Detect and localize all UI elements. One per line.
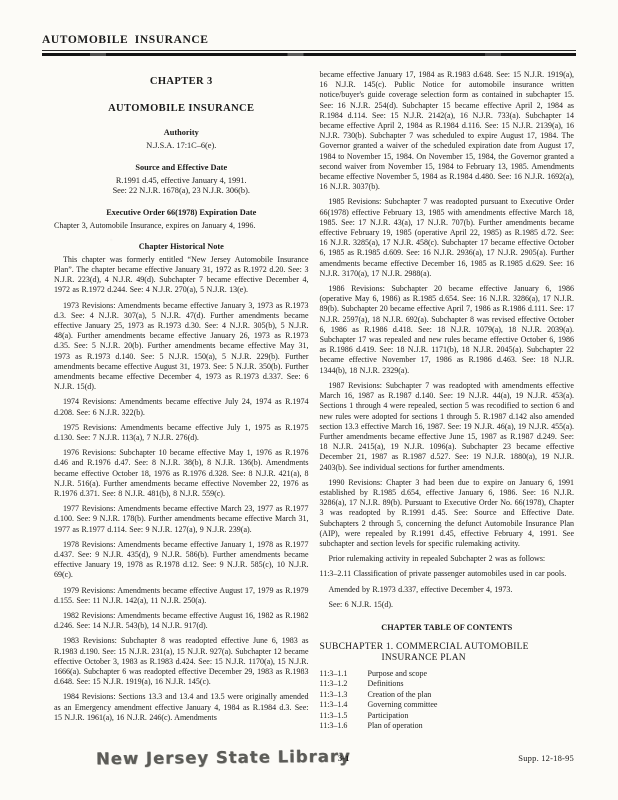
revisions-1984-continued-paragraph: became effective January 17, 1984 as R.1… [320,70,575,192]
source-heading: Source and Effective Date [54,163,309,172]
chapter-title: AUTOMOBILE INSURANCE [54,103,309,114]
toc-list: 11:3–1.1 Purpose and scope 11:3–1.2 Defi… [320,669,575,731]
page-number: 3-1 [338,753,349,763]
toc-entry-code: 11:3–1.2 [320,679,368,689]
toc-entry-code: 11:3–1.3 [320,690,368,700]
toc-entry-label: Definitions [368,679,575,689]
expiration-heading: Executive Order 66(1978) Expiration Date [54,208,309,217]
toc-entry-code: 11:3–1.4 [320,700,368,710]
revisions-1973-paragraph: 1973 Revisions: Amendments became effect… [54,301,309,393]
toc-entry: 11:3–1.1 Purpose and scope [320,669,575,679]
toc-entry: 11:3–1.6 Plan of operation [320,721,575,731]
subchapter-heading-line-1: SUBCHAPTER 1. COMMERCIAL AUTOMOBILE [320,642,575,654]
chapter-number: CHAPTER 3 [54,76,309,87]
see-citation-line: See: 6 N.J.R. 15(d). [320,600,575,610]
revisions-1990-paragraph: 1990 Revisions: Chapter 3 had been due t… [320,478,575,549]
historical-note-heading: Chapter Historical Note [54,242,309,251]
toc-entry-label: Governing committee [368,700,575,710]
revisions-1985-paragraph: 1985 Revisions: Subchapter 7 was readopt… [320,197,575,279]
supplement-date: Supp. 12-18-95 [518,753,574,763]
repealed-section-entry: 11:3–2.11 Classification of private pass… [320,569,575,579]
toc-entry: 11:3–1.4 Governing committee [320,700,575,710]
toc-entry-code: 11:3–1.1 [320,669,368,679]
chapter-toc-heading: CHAPTER TABLE OF CONTENTS [320,623,575,632]
revisions-1977-paragraph: 1977 Revisions: Amendments became effect… [54,504,309,535]
toc-entry-code: 11:3–1.5 [320,711,368,721]
revisions-1976-paragraph: 1976 Revisions: Subchapter 10 became eff… [54,448,309,499]
expiration-body: Chapter 3, Automobile Insurance, expires… [54,221,309,231]
toc-entry-label: Participation [368,711,575,721]
running-header-title: AUTOMOBILE INSURANCE [42,34,209,46]
two-column-body: CHAPTER 3 AUTOMOBILE INSURANCE Authority… [0,56,618,731]
toc-entry: 11:3–1.2 Definitions [320,679,575,689]
revisions-1978-paragraph: 1978 Revisions: Amendments became effect… [54,540,309,581]
subchapter-heading-line-2: INSURANCE PLAN [382,653,575,665]
toc-entry-label: Purpose and scope [368,669,575,679]
subchapter-heading: SUBCHAPTER 1. COMMERCIAL AUTOMOBILE INSU… [320,642,575,665]
toc-entry: 11:3–1.3 Creation of the plan [320,690,575,700]
header-rule-thin [42,50,576,51]
revisions-1983-paragraph: 1983 Revisions: Subchapter 8 was readopt… [54,636,309,687]
toc-entry-code: 11:3–1.6 [320,721,368,731]
historical-paragraph: This chapter was formerly entitled “New … [54,255,309,296]
source-line-2: See: 22 N.J.R. 1678(a), 23 N.J.R. 306(b)… [54,186,309,197]
prior-rulemaking-note: Prior rulemaking activity in repealed Su… [320,554,575,564]
revisions-1987-paragraph: 1987 Revisions: Subchapter 7 was readopt… [320,381,575,473]
revisions-1979-paragraph: 1979 Revisions: Amendments became effect… [54,586,309,606]
source-line-1: R.1991 d.45, effective January 4, 1991. [54,176,309,187]
revisions-1984-paragraph: 1984 Revisions: Sections 13.3 and 13.4 a… [54,692,309,723]
revisions-1974-paragraph: 1974 Revisions: Amendments became effect… [54,397,309,417]
document-page: AUTOMOBILE INSURANCE CHAPTER 3 AUTOMOBIL… [0,0,618,800]
amended-by-line: Amended by R.1973 d.337, effective Decem… [320,585,575,595]
toc-entry-label: Creation of the plan [368,690,575,700]
header-rule-thick [42,53,576,56]
toc-entry: 11:3–1.5 Participation [320,711,575,721]
revisions-1986-paragraph: 1986 Revisions: Subchapter 20 became eff… [320,284,575,376]
left-column: CHAPTER 3 AUTOMOBILE INSURANCE Authority… [54,70,309,728]
authority-citation: N.J.S.A. 17:1C–6(e). [54,141,309,152]
revisions-1982-paragraph: 1982 Revisions: Amendments became effect… [54,611,309,631]
library-stamp: New Jersey State Library [96,747,351,769]
running-header: AUTOMOBILE INSURANCE [0,0,618,56]
revisions-1975-paragraph: 1975 Revisions: Amendments became effect… [54,423,309,443]
toc-entry-label: Plan of operation [368,721,575,731]
authority-heading: Authority [54,128,309,137]
right-column: became effective January 17, 1984 as R.1… [320,70,575,731]
